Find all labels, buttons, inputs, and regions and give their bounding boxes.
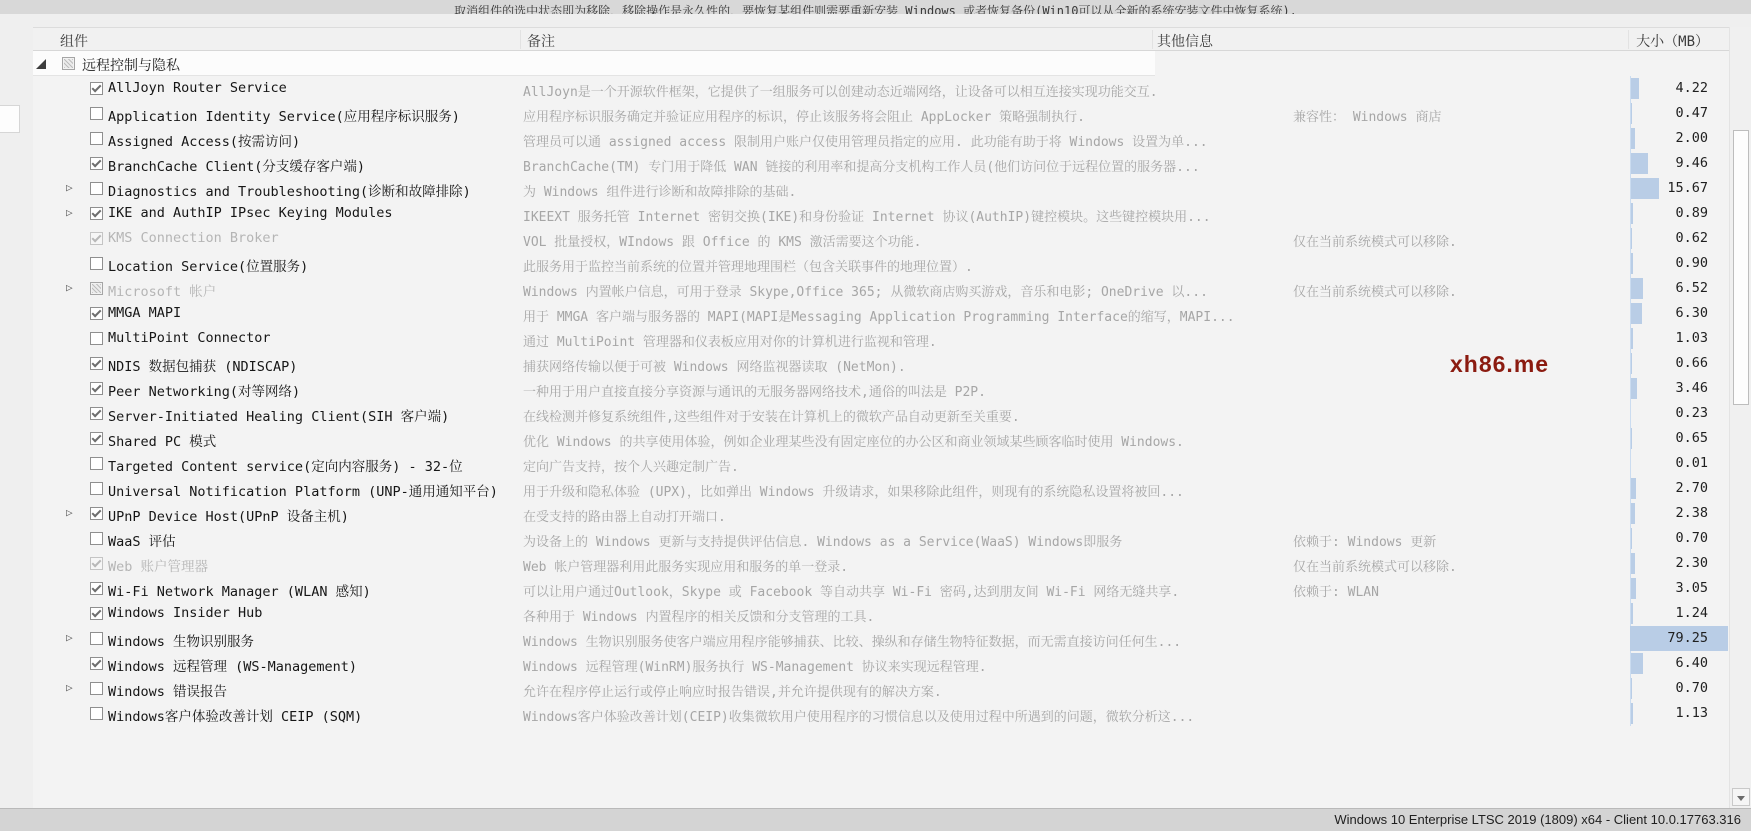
component-note: 用于升级和隐私体验 (UPX)，比如弹出 Windows 升级请求，如果移除此组… xyxy=(523,481,1184,500)
component-checkbox xyxy=(90,557,103,570)
component-checkbox[interactable] xyxy=(90,207,103,220)
component-row[interactable]: Windows客户体验改善计划 CEIP (SQM)Windows客户体验改善计… xyxy=(33,701,1729,726)
component-other-info: 依赖于: Windows 更新 xyxy=(1293,531,1436,550)
component-row[interactable]: Wi-Fi Network Manager (WLAN 感知)可以让用户通过Ou… xyxy=(33,576,1729,601)
component-note: 允许在程序停止运行或停止响应时报告错误,并允许提供现有的解决方案. xyxy=(523,681,942,700)
component-checkbox[interactable] xyxy=(90,657,103,670)
component-name: BranchCache Client(分支缓存客户端) xyxy=(108,155,365,175)
component-size-mb: 1.13 xyxy=(1631,705,1708,721)
component-row[interactable]: BranchCache Client(分支缓存客户端)BranchCache(T… xyxy=(33,151,1729,176)
component-size-mb: 2.70 xyxy=(1631,480,1708,496)
header-divider xyxy=(1152,30,1153,49)
component-note: 管理员可以通 assigned access 限制用户账户仅使用管理员指定的应用… xyxy=(523,131,1208,150)
component-note: 为设备上的 Windows 更新与支持提供评估信息. Windows as a … xyxy=(523,531,1122,550)
component-name: Windows Insider Hub xyxy=(108,605,262,621)
group-label: 远程控制与隐私 xyxy=(82,55,180,75)
component-row[interactable]: Peer Networking(对等网络)一种用于用户直接直接分享资源与通讯的无… xyxy=(33,376,1729,401)
vertical-scrollbar[interactable] xyxy=(1729,27,1751,808)
component-note: 此服务用于监控当前系统的位置并管理地理围栏（包含关联事件的地理位置）. xyxy=(523,256,973,275)
component-row[interactable]: Windows 远程管理 (WS-Management)Windows 远程管理… xyxy=(33,651,1729,676)
component-checkbox xyxy=(90,282,103,295)
component-row[interactable]: ▷Windows 错误报告允许在程序停止运行或停止响应时报告错误,并允许提供现有… xyxy=(33,676,1729,701)
component-note: IKEEXT 服务托管 Internet 密钥交换(IKE)和身份验证 Inte… xyxy=(523,206,1211,225)
component-note: 用于 MMGA 客户端与服务器的 MAPI(MAPI是Messaging App… xyxy=(523,306,1235,325)
component-name: MMGA MAPI xyxy=(108,305,181,321)
component-row[interactable]: Windows Insider Hub各种用于 Windows 内置程序的相关反… xyxy=(33,601,1729,626)
expander-collapsed-icon[interactable]: ▷ xyxy=(66,206,73,220)
status-bar: Windows 10 Enterprise LTSC 2019 (1809) x… xyxy=(0,808,1751,831)
component-name: Web 账户管理器 xyxy=(108,555,208,575)
component-checkbox[interactable] xyxy=(90,132,103,145)
component-note: 定向广告支持，按个人兴趣定制广告. xyxy=(523,456,739,475)
component-size-mb: 0.23 xyxy=(1631,405,1708,421)
component-note: 在受支持的路由器上自动打开端口. xyxy=(523,506,726,525)
status-bar-text: Windows 10 Enterprise LTSC 2019 (1809) x… xyxy=(1334,812,1741,827)
component-size-mb: 0.65 xyxy=(1631,430,1708,446)
component-note: BranchCache(TM) 专门用于降低 WAN 链接的利用率和提高分支机构… xyxy=(523,156,1200,175)
component-other-info: 仅在当前系统模式可以移除. xyxy=(1293,231,1457,250)
component-row[interactable]: Targeted Content service(定向内容服务) - 32-位定… xyxy=(33,451,1729,476)
header-component[interactable]: 组件 xyxy=(60,31,88,51)
component-note: Windows 内置帐户信息，可用于登录 Skype,Office 365; 从… xyxy=(523,281,1208,300)
component-checkbox[interactable] xyxy=(90,707,103,720)
component-row[interactable]: ▷IKE and AuthIP IPsec Keying ModulesIKEE… xyxy=(33,201,1729,226)
component-checkbox[interactable] xyxy=(90,407,103,420)
component-name: AllJoyn Router Service xyxy=(108,80,287,96)
component-name: Microsoft 帐户 xyxy=(108,280,216,300)
component-size-mb: 6.52 xyxy=(1631,280,1708,296)
component-note: 为 Windows 组件进行诊断和故障排除的基础. xyxy=(523,181,796,200)
component-name: Universal Notification Platform (UNP-通用通… xyxy=(108,480,498,500)
header-divider xyxy=(1628,30,1629,49)
component-other-info: 依赖于: WLAN xyxy=(1293,581,1379,600)
expander-collapsed-icon[interactable]: ▷ xyxy=(66,681,73,695)
component-name: WaaS 评估 xyxy=(108,530,176,550)
component-size-mb: 1.24 xyxy=(1631,605,1708,621)
component-checkbox[interactable] xyxy=(90,457,103,470)
component-size-mb: 3.46 xyxy=(1631,380,1708,396)
component-row[interactable]: MultiPoint Connector通过 MultiPoint 管理器和仪表… xyxy=(33,326,1729,351)
component-row[interactable]: Universal Notification Platform (UNP-通用通… xyxy=(33,476,1729,501)
component-row[interactable]: ▷Diagnostics and Troubleshooting(诊断和故障排除… xyxy=(33,176,1729,201)
component-size-mb: 0.01 xyxy=(1631,455,1708,471)
component-note: 优化 Windows 的共享使用体验，例如企业理某些没有固定座位的办公区和商业领… xyxy=(523,431,1184,450)
component-checkbox[interactable] xyxy=(90,332,103,345)
component-note: Windows客户体验改善计划(CEIP)收集微软用户使用程序的习惯信息以及使用… xyxy=(523,706,1194,725)
component-row[interactable]: Location Service(位置服务)此服务用于监控当前系统的位置并管理地… xyxy=(33,251,1729,276)
component-name: Targeted Content service(定向内容服务) - 32-位 xyxy=(108,455,463,475)
component-note: AllJoyn是一个开源软件框架，它提供了一组服务可以创建动态近端网络，让设备可… xyxy=(523,81,1158,100)
component-note: Web 帐户管理器利用此服务实现应用和服务的单一登录. xyxy=(523,556,848,575)
component-row[interactable]: Shared PC 模式优化 Windows 的共享使用体验，例如企业理某些没有… xyxy=(33,426,1729,451)
top-hint-text: 取消组件的选中状态即为移除，移除操作是永久性的，要恢复某组件则需要重新安装 Wi… xyxy=(454,5,1297,14)
component-note: 一种用于用户直接直接分享资源与通讯的无服务器网络技术,通俗的叫法是 P2P. xyxy=(523,381,986,400)
expander-collapsed-icon[interactable]: ▷ xyxy=(66,281,73,295)
component-size-mb: 0.89 xyxy=(1631,205,1708,221)
component-checkbox[interactable] xyxy=(90,632,103,645)
component-row[interactable]: MMGA MAPI用于 MMGA 客户端与服务器的 MAPI(MAPI是Mess… xyxy=(33,301,1729,326)
component-note: Windows 生物识别服务使客户端应用程序能够捕获、比较、操纵和存储生物特征数… xyxy=(523,631,1181,650)
component-size-mb: 0.70 xyxy=(1631,680,1708,696)
component-other-info: 兼容性： Windows 商店 xyxy=(1293,106,1441,125)
component-note: 应用程序标识服务确定并验证应用程序的标识，停止该服务将会阻止 AppLocker… xyxy=(523,106,1085,125)
component-size-mb: 15.67 xyxy=(1631,180,1708,196)
component-other-info: 仅在当前系统模式可以移除. xyxy=(1293,556,1457,575)
component-checkbox[interactable] xyxy=(90,432,103,445)
component-size-mb: 79.25 xyxy=(1631,630,1708,646)
list-header-row: 组件 备注 其他信息 大小（MB） xyxy=(33,28,1729,51)
component-size-mb: 9.46 xyxy=(1631,155,1708,171)
component-checkbox[interactable] xyxy=(90,357,103,370)
component-size-mb: 3.05 xyxy=(1631,580,1708,596)
scrollbar-down-button[interactable] xyxy=(1732,788,1750,806)
component-checkbox[interactable] xyxy=(90,507,103,520)
component-checkbox[interactable] xyxy=(90,82,103,95)
component-size-mb: 0.47 xyxy=(1631,105,1708,121)
component-name: Windows 远程管理 (WS-Management) xyxy=(108,655,357,675)
component-checkbox[interactable] xyxy=(90,532,103,545)
expander-expanded-icon[interactable] xyxy=(36,59,46,69)
component-note: 可以让用户通过Outlook，Skype 或 Facebook 等自动共享 Wi… xyxy=(523,581,1179,600)
component-name: Shared PC 模式 xyxy=(108,430,216,450)
scrollbar-thumb[interactable] xyxy=(1733,130,1749,405)
component-name: Wi-Fi Network Manager (WLAN 感知) xyxy=(108,580,371,600)
component-note: 通过 MultiPoint 管理器和仪表板应用对你的计算机进行监视和管理. xyxy=(523,331,937,350)
header-other-info[interactable]: 其他信息 xyxy=(1157,31,1213,51)
component-size-mb: 0.70 xyxy=(1631,530,1708,546)
component-name: Assigned Access(按需访问) xyxy=(108,130,300,150)
top-hint-bar: 取消组件的选中状态即为移除，移除操作是永久性的，要恢复某组件则需要重新安装 Wi… xyxy=(0,0,1751,14)
component-name: Windows客户体验改善计划 CEIP (SQM) xyxy=(108,705,362,725)
component-size-mb: 2.38 xyxy=(1631,505,1708,521)
component-row[interactable]: ▷UPnP Device Host(UPnP 设备主机)在受支持的路由器上自动打… xyxy=(33,501,1729,526)
component-row[interactable]: WaaS 评估为设备上的 Windows 更新与支持提供评估信息. Window… xyxy=(33,526,1729,551)
expander-collapsed-icon[interactable]: ▷ xyxy=(66,181,73,195)
component-size-mb: 4.22 xyxy=(1631,80,1708,96)
component-checkbox[interactable] xyxy=(90,257,103,270)
component-row[interactable]: ▷Microsoft 帐户Windows 内置帐户信息，可用于登录 Skype,… xyxy=(33,276,1729,301)
component-size-mb: 2.30 xyxy=(1631,555,1708,571)
component-size-mb: 0.90 xyxy=(1631,255,1708,271)
component-checkbox[interactable] xyxy=(90,107,103,120)
component-name: Peer Networking(对等网络) xyxy=(108,380,300,400)
component-name: Windows 错误报告 xyxy=(108,680,227,700)
component-size-mb: 0.62 xyxy=(1631,230,1708,246)
watermark-text: xh86.me xyxy=(1450,351,1549,378)
component-checkbox[interactable] xyxy=(90,157,103,170)
component-row[interactable]: Web 账户管理器Web 帐户管理器利用此服务实现应用和服务的单一登录.仅在当前… xyxy=(33,551,1729,576)
component-note: 各种用于 Windows 内置程序的相关反馈和分支管理的工具. xyxy=(523,606,874,625)
component-name: NDIS 数据包捕获 (NDISCAP) xyxy=(108,355,297,375)
component-other-info: 仅在当前系统模式可以移除. xyxy=(1293,281,1457,300)
component-name: Windows 生物识别服务 xyxy=(108,630,254,650)
component-size-mb: 6.30 xyxy=(1631,305,1708,321)
component-row[interactable]: ▷Windows 生物识别服务Windows 生物识别服务使客户端应用程序能够捕… xyxy=(33,626,1729,651)
component-name: Server-Initiated Healing Client(SIH 客户端) xyxy=(108,405,449,425)
component-row[interactable]: Application Identity Service(应用程序标识服务)应用… xyxy=(33,101,1729,126)
component-note: VOL 批量授权，WIndows 跟 Office 的 KMS 激活需要这个功能… xyxy=(523,231,922,250)
expander-collapsed-icon[interactable]: ▷ xyxy=(66,631,73,645)
tree-group-row[interactable]: 远程控制与隐私 xyxy=(33,51,1155,76)
side-flyout-handle[interactable] xyxy=(0,105,20,133)
component-size-mb: 2.00 xyxy=(1631,130,1708,146)
expander-collapsed-icon[interactable]: ▷ xyxy=(66,506,73,520)
component-name: MultiPoint Connector xyxy=(108,330,271,346)
component-size-mb: 0.66 xyxy=(1631,355,1708,371)
component-name: UPnP Device Host(UPnP 设备主机) xyxy=(108,505,349,525)
component-checkbox[interactable] xyxy=(90,582,103,595)
component-checkbox[interactable] xyxy=(90,607,103,620)
header-notes[interactable]: 备注 xyxy=(527,31,555,51)
component-name: IKE and AuthIP IPsec Keying Modules xyxy=(108,205,392,221)
component-checkbox[interactable] xyxy=(90,307,103,320)
component-name: Diagnostics and Troubleshooting(诊断和故障排除) xyxy=(108,180,471,200)
component-name: Location Service(位置服务) xyxy=(108,255,308,275)
component-name: KMS Connection Broker xyxy=(108,230,279,246)
header-divider xyxy=(520,30,521,49)
component-size-mb: 6.40 xyxy=(1631,655,1708,671)
component-row[interactable]: Server-Initiated Healing Client(SIH 客户端)… xyxy=(33,401,1729,426)
component-note: Windows 远程管理(WinRM)服务执行 WS-Management 协议… xyxy=(523,656,987,675)
group-checkbox-indeterminate[interactable] xyxy=(62,57,75,70)
component-note: 在线检测并修复系统组件,这些组件对于安装在计算机上的微软产品自动更新至关重要. xyxy=(523,406,1020,425)
component-name: Application Identity Service(应用程序标识服务) xyxy=(108,105,460,125)
component-checkbox[interactable] xyxy=(90,382,103,395)
component-row[interactable]: KMS Connection BrokerVOL 批量授权，WIndows 跟 … xyxy=(33,226,1729,251)
component-note: 捕获网络传输以便于可被 Windows 网络监视器读取 (NetMon). xyxy=(523,356,906,375)
component-checkbox[interactable] xyxy=(90,682,103,695)
component-checkbox[interactable] xyxy=(90,482,103,495)
header-size[interactable]: 大小（MB） xyxy=(1636,31,1709,51)
component-checkbox xyxy=(90,232,103,245)
component-row[interactable]: AllJoyn Router ServiceAllJoyn是一个开源软件框架，它… xyxy=(33,76,1729,101)
component-size-mb: 1.03 xyxy=(1631,330,1708,346)
component-tree-list: 组件 备注 其他信息 大小（MB） 远程控制与隐私 AllJoyn Router… xyxy=(33,27,1729,808)
component-checkbox[interactable] xyxy=(90,182,103,195)
component-row[interactable]: Assigned Access(按需访问)管理员可以通 assigned acc… xyxy=(33,126,1729,151)
